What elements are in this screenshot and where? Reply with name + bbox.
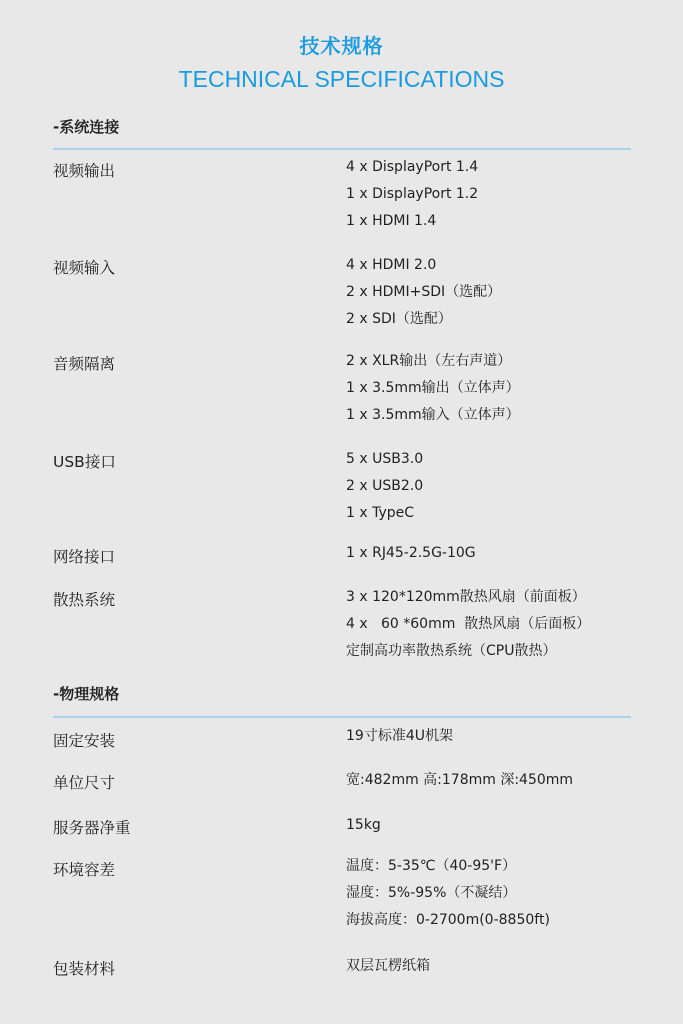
spec-value-line: 19寸标准4U机架 xyxy=(346,723,453,750)
spec-value-line: 2 x USB2.0 xyxy=(346,473,423,500)
spec-value-video-output: 4 x DisplayPort 1.41 x DisplayPort 1.21 … xyxy=(346,154,478,235)
spec-label-weight: 服务器净重 xyxy=(53,816,131,838)
spec-value-line: 1 x HDMI 1.4 xyxy=(346,208,478,235)
section-divider xyxy=(53,148,631,150)
spec-value-line: 15kg xyxy=(346,812,381,839)
spec-label-video-output: 视频输出 xyxy=(53,159,115,181)
spec-value-usb: 5 x USB3.02 x USB2.01 x TypeC xyxy=(346,446,423,527)
spec-value-line: 2 x XLR输出（左右声道） xyxy=(346,348,520,375)
spec-value-line: 1 x 3.5mm输出（立体声） xyxy=(346,375,520,402)
spec-label-video-input: 视频输入 xyxy=(53,256,115,278)
spec-value-line: 1 x TypeC xyxy=(346,500,423,527)
spec-value-line: 双层瓦楞纸箱 xyxy=(346,953,430,980)
spec-value-line: 2 x SDI（选配） xyxy=(346,306,501,333)
spec-value-line: 海拔高度：0-2700m(0-8850ft) xyxy=(346,907,550,934)
spec-label-network: 网络接口 xyxy=(53,545,115,567)
spec-value-line: 5 x USB3.0 xyxy=(346,446,423,473)
spec-value-weight: 15kg xyxy=(346,812,381,839)
spec-value-line: 湿度：5%-95%（不凝结） xyxy=(346,880,550,907)
spec-value-dimensions: 宽:482mm 高:178mm 深:450mm xyxy=(346,767,573,794)
spec-label-packaging: 包装材料 xyxy=(53,957,115,979)
page-title-en: TECHNICAL SPECIFICATIONS xyxy=(0,66,683,93)
spec-value-line: 1 x RJ45-2.5G-10G xyxy=(346,540,476,567)
section-header-system-connection: -系统连接 xyxy=(53,116,119,137)
spec-value-video-input: 4 x HDMI 2.02 x HDMI+SDI（选配）2 x SDI（选配） xyxy=(346,252,501,333)
spec-label-audio: 音频隔离 xyxy=(53,352,115,374)
spec-value-line: 3 x 120*120mm散热风扇（前面板） xyxy=(346,584,590,611)
spec-value-line: 4 x HDMI 2.0 xyxy=(346,252,501,279)
spec-value-cooling: 3 x 120*120mm散热风扇（前面板）4 x 60 *60mm 散热风扇（… xyxy=(346,584,590,665)
section-header-physical-specs: -物理规格 xyxy=(53,683,119,704)
spec-value-network: 1 x RJ45-2.5G-10G xyxy=(346,540,476,567)
spec-value-line: 宽:482mm 高:178mm 深:450mm xyxy=(346,767,573,794)
spec-label-environment: 环境容差 xyxy=(53,858,115,880)
spec-value-line: 1 x DisplayPort 1.2 xyxy=(346,181,478,208)
spec-value-mounting: 19寸标准4U机架 xyxy=(346,723,453,750)
spec-value-environment: 温度：5-35℃（40-95'F）湿度：5%-95%（不凝结）海拔高度：0-27… xyxy=(346,853,550,934)
spec-label-mounting: 固定安装 xyxy=(53,729,115,751)
spec-value-line: 2 x HDMI+SDI（选配） xyxy=(346,279,501,306)
spec-value-line: 4 x 60 *60mm 散热风扇（后面板） xyxy=(346,611,590,638)
spec-label-dimensions: 单位尺寸 xyxy=(53,771,115,793)
spec-value-line: 温度：5-35℃（40-95'F） xyxy=(346,853,550,880)
spec-value-line: 4 x DisplayPort 1.4 xyxy=(346,154,478,181)
spec-value-audio: 2 x XLR输出（左右声道）1 x 3.5mm输出（立体声）1 x 3.5mm… xyxy=(346,348,520,429)
spec-value-line: 1 x 3.5mm输入（立体声） xyxy=(346,402,520,429)
spec-label-usb: USB接口 xyxy=(53,450,116,472)
spec-label-cooling: 散热系统 xyxy=(53,588,115,610)
spec-value-line: 定制高功率散热系统（CPU散热） xyxy=(346,638,590,665)
page-title-cn: 技术规格 xyxy=(0,30,683,59)
spec-value-packaging: 双层瓦楞纸箱 xyxy=(346,953,430,980)
section-divider xyxy=(53,716,631,718)
